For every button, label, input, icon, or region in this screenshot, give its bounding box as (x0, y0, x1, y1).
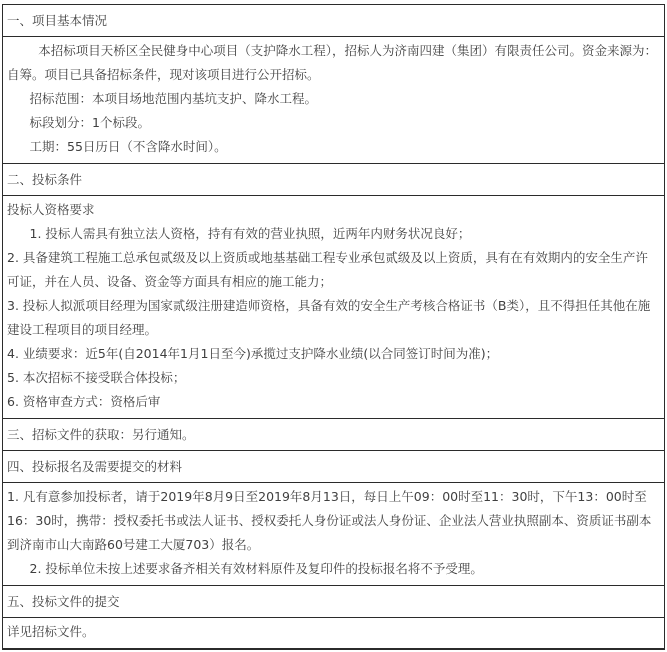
section-5-header: 五、投标文件的提交 (3, 585, 664, 617)
section-2-body: 投标人资格要求 1. 投标人需具有独立法人资格，持有有效的营业执照，近两年内财务… (3, 195, 664, 418)
section-3-header: 三、招标文件的获取：另行通知。 (3, 418, 664, 450)
paragraph-requirement-6: 6. 资格审查方式：资格后审 (7, 390, 660, 414)
paragraph-registration-info: 1. 凡有意参加投标者，请于2019年8月9日至2019年8月13日，每日上午0… (7, 485, 660, 557)
section-4-title: 四、投标报名及需要提交的材料 (7, 459, 182, 474)
paragraph-registration-note: 2. 投标单位未按上述要求备齐相关有效材料原件及复印件的投标报名将不予受理。 (7, 557, 660, 581)
paragraph-requirement-3: 3. 投标人拟派项目经理为国家贰级注册建造师资格，具备有效的安全生产考核合格证书… (7, 294, 660, 342)
paragraph-submission-info: 详见招标文件。 (7, 620, 660, 644)
section-4-header: 四、投标报名及需要提交的材料 (3, 450, 664, 482)
paragraph-bid-scope: 招标范围：本项目场地范围内基坑支护、降水工程。 (7, 87, 660, 111)
section-1-title: 一、项目基本情况 (7, 13, 107, 28)
paragraph-requirement-1: 1. 投标人需具有独立法人资格，持有有效的营业执照，近两年内财务状况良好； (7, 222, 660, 246)
section-5-title: 五、投标文件的提交 (7, 594, 120, 609)
paragraph-requirement-5: 5. 本次招标不接受联合体投标； (7, 366, 660, 390)
paragraph-duration: 工期：55日历日（不含降水时间）。 (7, 135, 660, 159)
paragraph-project-overview: 本招标项目天桥区全民健身中心项目（支护降水工程），招标人为济南四建（集团）有限责… (7, 39, 660, 87)
section-1-body: 本招标项目天桥区全民健身中心项目（支护降水工程），招标人为济南四建（集团）有限责… (3, 36, 664, 163)
paragraph-requirement-2: 2. 具备建筑工程施工总承包贰级及以上资质或地基基础工程专业承包贰级及以上资质，… (7, 246, 660, 294)
paragraph-lot-division: 标段划分：1个标段。 (7, 111, 660, 135)
section-2-title: 二、投标条件 (7, 172, 82, 187)
section-4-body: 1. 凡有意参加投标者，请于2019年8月9日至2019年8月13日，每日上午0… (3, 482, 664, 585)
paragraph-qualification-title: 投标人资格要求 (7, 198, 660, 222)
paragraph-requirement-4: 4. 业绩要求：近5年(自2014年1月1日至今)承揽过支护降水业绩(以合同签订… (7, 342, 660, 366)
section-1-header: 一、项目基本情况 (3, 5, 664, 36)
tender-notice-document: 一、项目基本情况 本招标项目天桥区全民健身中心项目（支护降水工程），招标人为济南… (2, 4, 665, 650)
section-3-title: 三、招标文件的获取：另行通知。 (7, 427, 195, 442)
section-2-header: 二、投标条件 (3, 163, 664, 195)
section-5-body: 详见招标文件。 (3, 617, 664, 648)
